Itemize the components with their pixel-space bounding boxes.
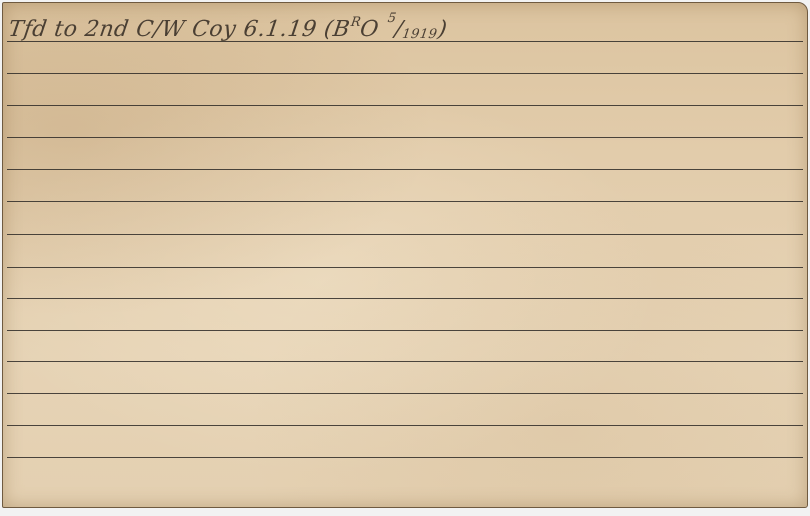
ruled-line	[7, 330, 803, 331]
ruled-line	[7, 393, 803, 394]
ruled-line	[7, 105, 803, 106]
entry-order-text: O	[358, 17, 388, 42]
ruled-line	[7, 361, 803, 362]
entry-main-text: Tfd to 2nd C/W Coy 6.1.19 (B	[7, 17, 352, 42]
ruled-line	[7, 73, 803, 74]
ruled-line	[7, 425, 803, 426]
handwritten-entry: Tfd to 2nd C/W Coy 6.1.19 (BRO 5/1919)	[7, 11, 450, 42]
ruled-line	[7, 267, 803, 268]
fraction-denominator: 1919	[401, 27, 438, 42]
ruled-line	[7, 137, 803, 138]
ruled-line	[7, 298, 803, 299]
ruled-line	[7, 234, 803, 235]
entry-close-paren: )	[436, 17, 449, 42]
ruled-line	[7, 169, 803, 170]
ruled-line	[7, 201, 803, 202]
ruled-line	[7, 41, 803, 42]
ruled-line	[7, 457, 803, 458]
index-card: Tfd to 2nd C/W Coy 6.1.19 (BRO 5/1919)	[2, 2, 808, 508]
